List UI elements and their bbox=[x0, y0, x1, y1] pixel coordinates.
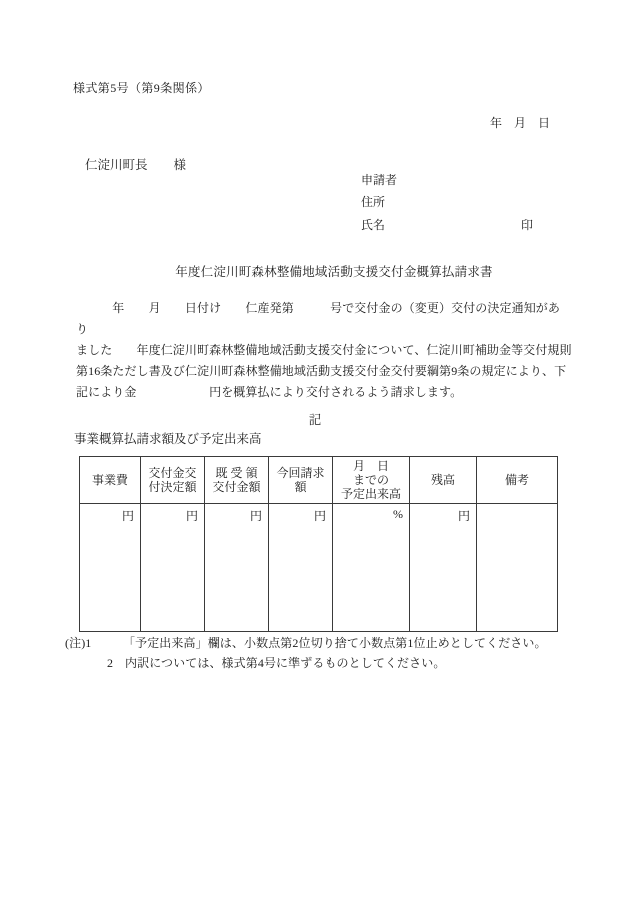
applicant-block: 申請者 住所 氏名 印 bbox=[361, 169, 533, 236]
note-line-1: (注)1「予定出来高」欄は、小数点第2位切り捨て小数点第1位止めとしてください。 bbox=[65, 633, 547, 653]
address-label: 住所 bbox=[361, 191, 533, 213]
request-table: 事業費 交付金交 付決定額 既 受 領 交付金額 今回請求 額 月 日 までの … bbox=[79, 456, 558, 632]
cell-grant-decision-unit: 円 bbox=[141, 504, 205, 632]
col-header-received-grant-amount: 既 受 領 交付金額 bbox=[205, 457, 269, 504]
cell-received-grant-unit: 円 bbox=[205, 504, 269, 632]
applicant-label: 申請者 bbox=[361, 169, 533, 191]
body-line-4: 記により金 円を概算払により交付されるよう請求します。 bbox=[76, 382, 572, 403]
col-header-current-request-amount: 今回請求 額 bbox=[269, 457, 333, 504]
document-page: 様式第5号（第9条関係） 年 月 日 仁淀川町長様 申請者 住所 氏名 印 年度… bbox=[0, 0, 630, 903]
form-number: 様式第5号（第9条関係） bbox=[73, 79, 210, 96]
notes-block: (注)1「予定出来高」欄は、小数点第2位切り捨て小数点第1位止めとしてください。… bbox=[65, 633, 547, 674]
note-1-text: 「予定出来高」欄は、小数点第2位切り捨て小数点第1位止めとしてください。 bbox=[123, 636, 547, 650]
note-2-text: 内訳については、様式第4号に準ずるものとしてください。 bbox=[125, 656, 445, 670]
note-2-label: 2 bbox=[107, 653, 125, 673]
body-line-2: ました 年度仁淀川町森林整備地域活動支援交付金について、仁淀川町補助金等交付規則 bbox=[76, 340, 572, 361]
addressee-name: 仁淀川町長 bbox=[85, 158, 148, 172]
col-header-remarks: 備考 bbox=[477, 457, 558, 504]
cell-remarks bbox=[477, 504, 558, 632]
document-title: 年度仁淀川町森林整備地域活動支援交付金概算払請求書 bbox=[0, 262, 630, 280]
addressee-line: 仁淀川町長様 bbox=[85, 155, 186, 173]
body-line-1: 年 月 日付け 仁産発第 号で交付金の（変更）交付の決定通知があり bbox=[76, 298, 572, 340]
col-header-business-cost: 事業費 bbox=[80, 457, 141, 504]
table-caption: 事業概算払請求額及び予定出来高 bbox=[74, 429, 262, 447]
cell-business-cost-unit: 円 bbox=[80, 504, 141, 632]
body-paragraph: 年 月 日付け 仁産発第 号で交付金の（変更）交付の決定通知があり ました 年度… bbox=[76, 298, 572, 403]
note-line-2: 2内訳については、様式第4号に準ずるものとしてください。 bbox=[65, 653, 547, 673]
date-line: 年 月 日 bbox=[490, 114, 550, 131]
col-header-planned-progress: 月 日 までの 予定出来高 bbox=[333, 457, 410, 504]
table-data-row: 円 円 円 円 % 円 bbox=[80, 504, 558, 632]
col-header-grant-decision-amount: 交付金交 付決定額 bbox=[141, 457, 205, 504]
record-heading: 記 bbox=[0, 410, 630, 428]
col-header-balance: 残高 bbox=[410, 457, 477, 504]
name-row: 氏名 印 bbox=[361, 214, 533, 236]
cell-current-request-unit: 円 bbox=[269, 504, 333, 632]
seal-label: 印 bbox=[521, 214, 533, 236]
note-1-label: (注)1 bbox=[65, 633, 123, 653]
cell-planned-progress-unit: % bbox=[333, 504, 410, 632]
addressee-honorific: 様 bbox=[174, 158, 187, 172]
name-label: 氏名 bbox=[361, 214, 385, 236]
body-line-3: 第16条ただし書及び仁淀川町森林整備地域活動支援交付金交付要綱第9条の規定により… bbox=[76, 361, 572, 382]
cell-balance-unit: 円 bbox=[410, 504, 477, 632]
table-header-row: 事業費 交付金交 付決定額 既 受 領 交付金額 今回請求 額 月 日 までの … bbox=[80, 457, 558, 504]
